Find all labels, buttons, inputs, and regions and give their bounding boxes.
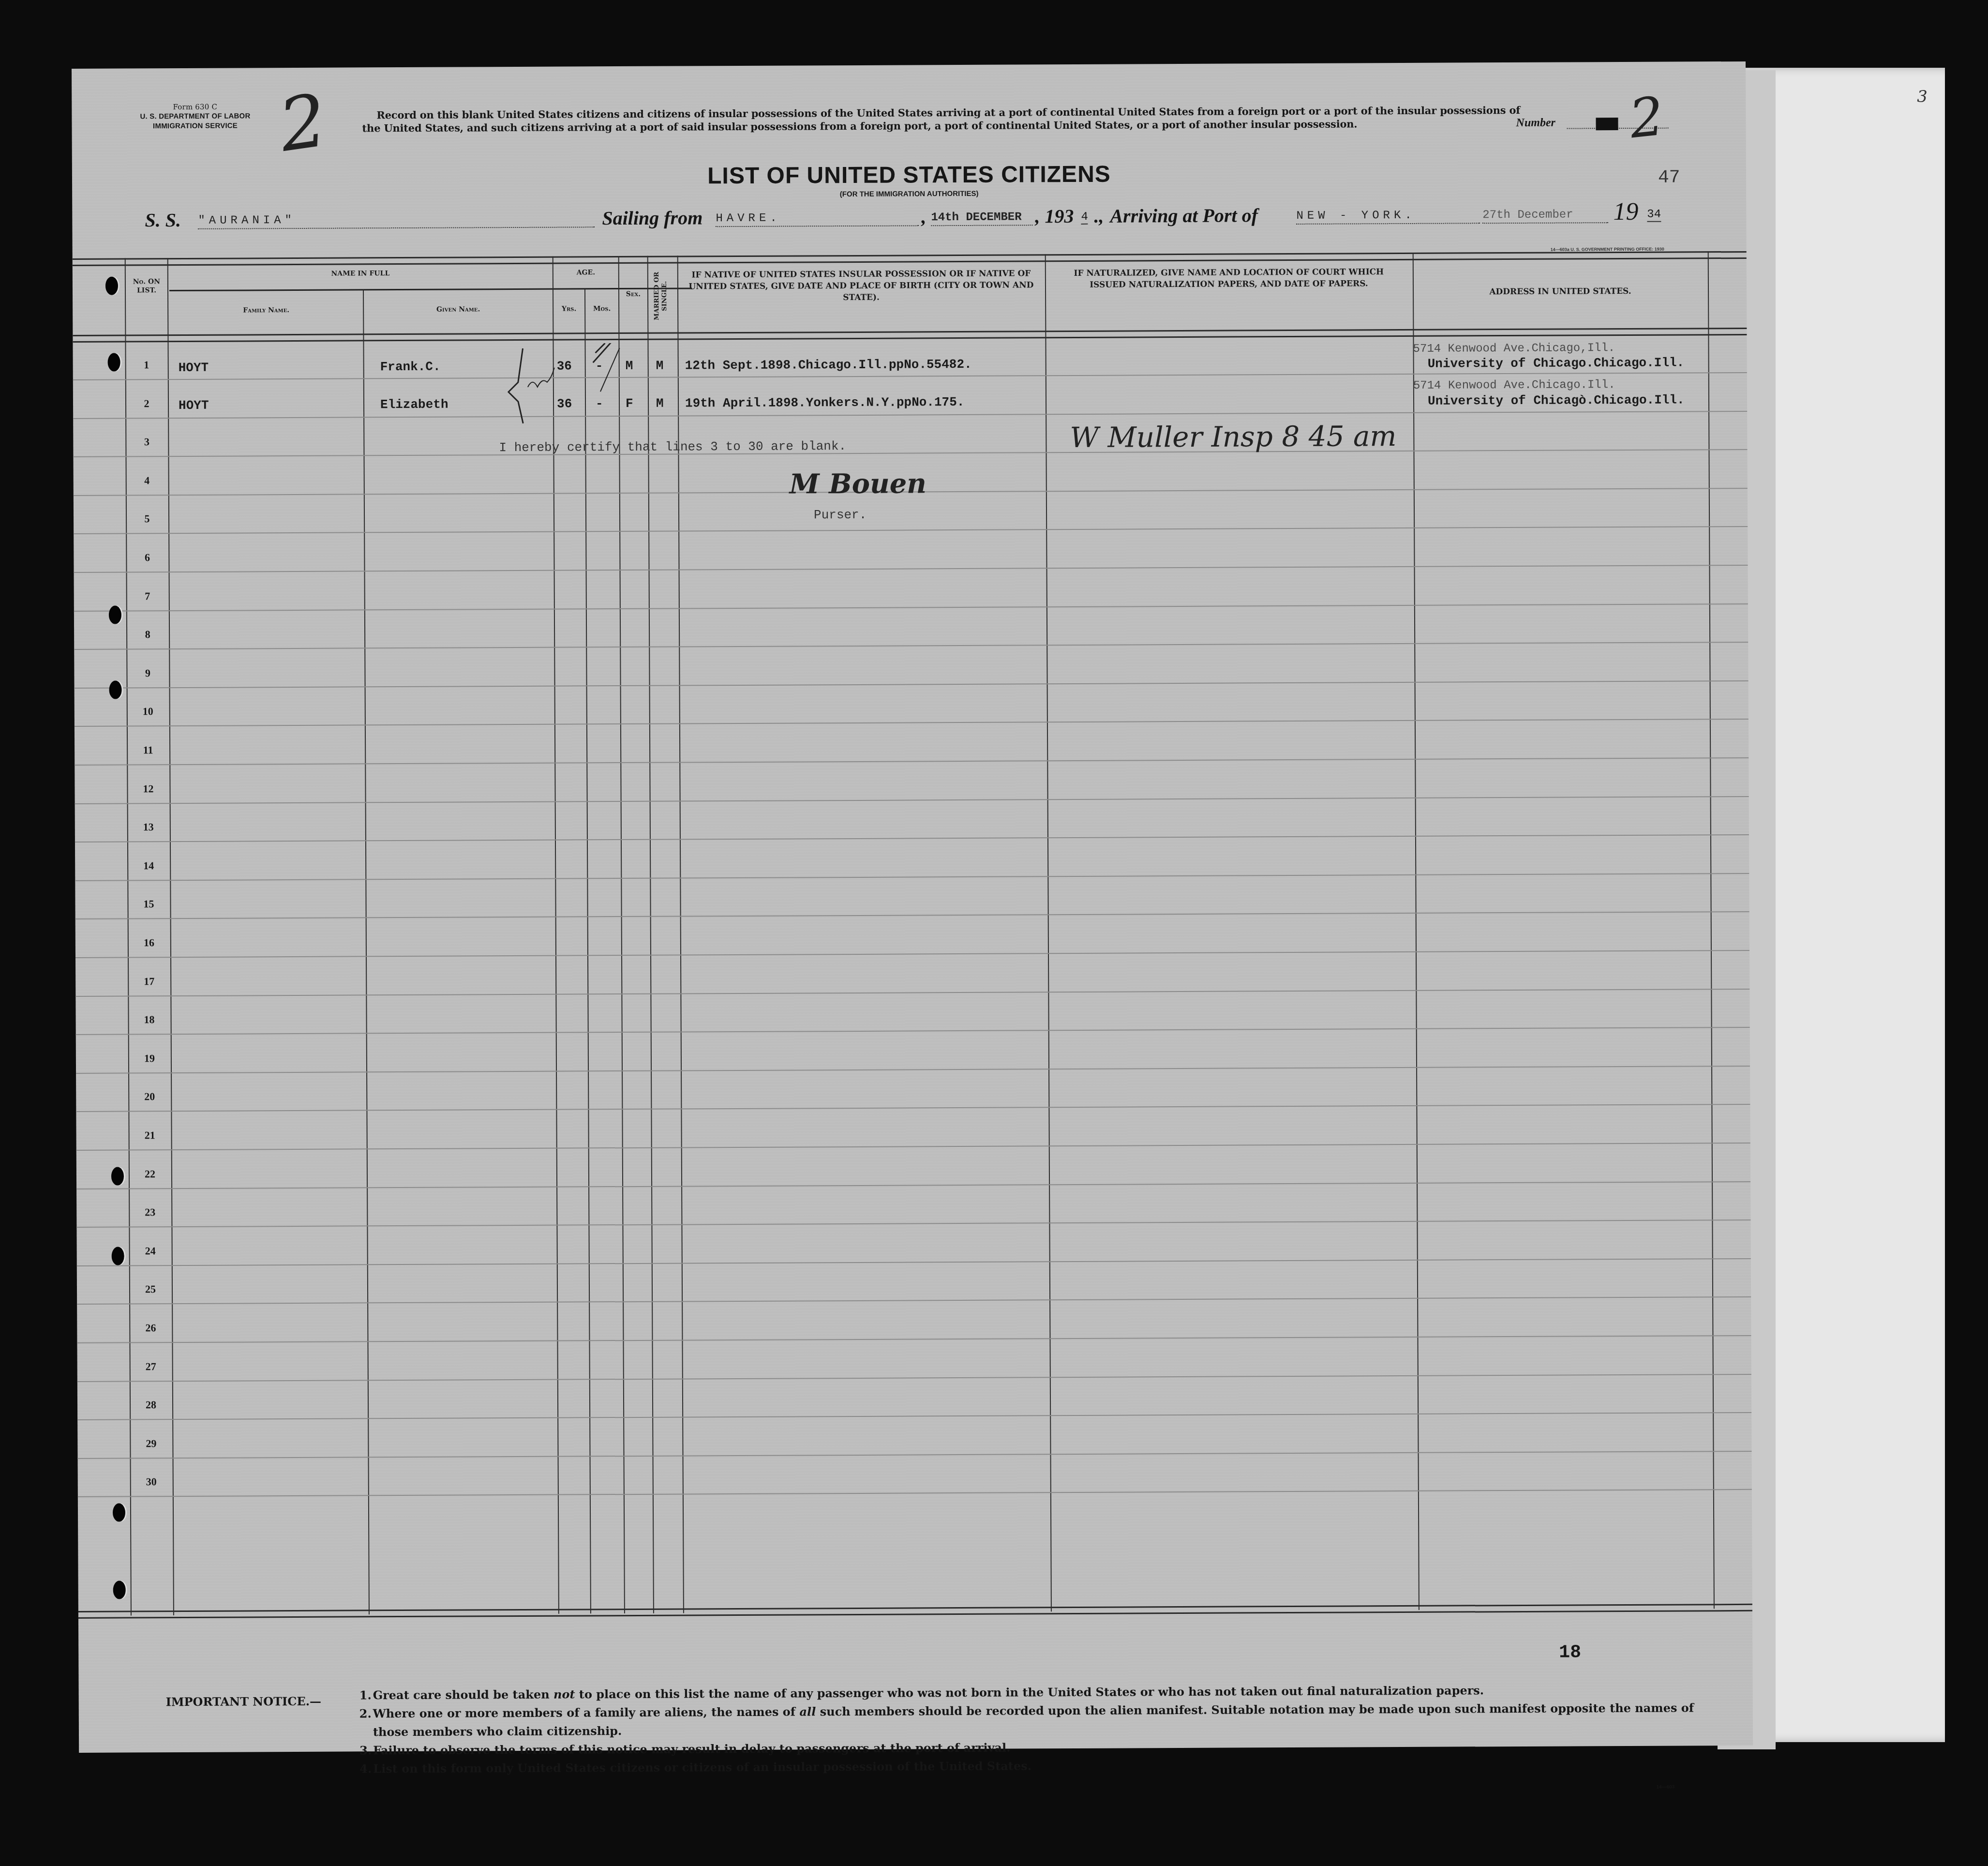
header-address: ADDRESS IN UNITED STATES. [1422, 285, 1698, 298]
row-line [75, 834, 1749, 843]
important-notice: IMPORTANT NOTICE.— 1.Great care should b… [166, 1680, 1714, 1687]
row-number: 1 [127, 359, 166, 371]
header-birth-info: IF NATIVE OF UNITED STATES INSULAR POSSE… [687, 268, 1035, 304]
manifest-table: No. ON LIST. NAME IN FULL Family Name. G… [73, 251, 1752, 1618]
row-number: 19 [130, 1052, 169, 1065]
notice-item: 2.Where one or more members of a family … [359, 1699, 1714, 1741]
row2-birth: 19th April.1898.Yonkers.N.Y.ppNo.175. [685, 395, 964, 411]
row-number: 27 [132, 1360, 170, 1373]
row-number: 10 [129, 706, 167, 718]
row-line [74, 642, 1748, 650]
row-number: 28 [132, 1399, 170, 1411]
form-code: 14—603 [1657, 1785, 1675, 1790]
row-line [75, 796, 1749, 804]
arrival-year-suffix: 34 [1647, 208, 1661, 222]
row-number: 18 [130, 1013, 169, 1026]
form-instructions: Record on this blank United States citiz… [362, 104, 1533, 135]
row2-address-line2: University of Chicagò.Chicago.Ill. [1428, 392, 1685, 408]
inspector-note: W Muller Insp 8 45 am [1070, 420, 1396, 454]
row-line [74, 526, 1748, 534]
row-number: 25 [131, 1283, 170, 1296]
service-name: IMMIGRATION SERVICE [115, 121, 275, 131]
row2-given-name: Elizabeth [380, 397, 448, 412]
port-of-departure: HAVRE. [716, 211, 919, 227]
row-line [76, 1219, 1750, 1228]
blank-lines-certification: I hereby certify that lines 3 to 30 are … [499, 439, 846, 455]
header-age-months: Mos. [585, 304, 618, 313]
col-line [1413, 253, 1420, 1610]
row-number: 22 [131, 1168, 169, 1180]
row1-address-line1: 5714 Kenwood Ave.Chicago,Ill. [1413, 342, 1615, 356]
purser-signature: M Bouen [790, 467, 927, 500]
row-line [77, 1335, 1751, 1343]
punch-hole [113, 1581, 126, 1599]
row-line [77, 1412, 1751, 1420]
row1-birth: 12th Sept.1898.Chicago.Ill.ppNo.55482. [685, 357, 972, 373]
back-sheet-mark: 3 [1917, 87, 1928, 106]
row-number: 9 [128, 667, 167, 679]
voyage-details: S. S. "AURANIA" Sailing from HAVRE. , 14… [145, 202, 1732, 238]
bracket-check-annotation [503, 343, 629, 426]
row-number: 17 [130, 975, 168, 988]
port-of-arrival: NEW - YORK. [1296, 209, 1480, 225]
punch-hole [108, 353, 120, 372]
row2-marital: M [656, 396, 664, 411]
row-line [75, 719, 1749, 727]
row-line [76, 1143, 1750, 1151]
form-number: Form 630 C [115, 102, 275, 112]
row-number: 29 [132, 1437, 170, 1450]
department-name: U. S. DEPARTMENT OF LABOR [115, 111, 275, 121]
ship-name: "AURANIA" [198, 212, 595, 229]
col-line [553, 256, 559, 1614]
row-number: 12 [129, 783, 167, 795]
punch-hole [109, 606, 121, 624]
row-number: 2 [127, 397, 166, 410]
col-line [167, 258, 174, 1615]
row-number: 20 [130, 1091, 169, 1103]
row-line [76, 1066, 1750, 1074]
row-line [75, 757, 1749, 766]
punch-hole [113, 1504, 125, 1522]
row-line [74, 565, 1748, 573]
row-number: 3 [127, 436, 166, 448]
row-number: 16 [130, 936, 168, 949]
col-line [618, 256, 625, 1613]
departure-year-prefix: 193 [1045, 205, 1074, 227]
row2-family-name: HOYT [179, 398, 209, 413]
col-line [584, 289, 591, 1613]
name-age-subrule [169, 287, 692, 291]
header-family-name: Family Name. [169, 305, 363, 315]
row-number: 26 [131, 1322, 170, 1334]
row-line [76, 1181, 1750, 1189]
punch-hole [109, 681, 122, 699]
row-line [77, 1258, 1751, 1266]
row-number: 5 [128, 513, 166, 526]
row-line [75, 873, 1749, 881]
row-line [78, 1489, 1752, 1497]
row-number: 14 [129, 859, 168, 872]
row-number: 30 [132, 1476, 171, 1489]
header-age: AGE. [553, 268, 618, 277]
row-line [77, 1373, 1751, 1382]
header-no-on-list: No. ON LIST. [126, 277, 167, 295]
row1-address-line2: University of Chicago.Chicago.Ill. [1428, 355, 1685, 371]
row-number: 24 [131, 1245, 170, 1257]
col-line [1708, 251, 1715, 1609]
row-number: 6 [128, 551, 166, 564]
col-line [647, 256, 654, 1613]
row-number: 11 [129, 744, 167, 756]
col-line [1045, 254, 1052, 1611]
manifest-page: Form 630 C U. S. DEPARTMENT OF LABOR IMM… [72, 61, 1753, 1753]
row-number: 8 [128, 628, 167, 641]
row-number: 7 [128, 590, 167, 602]
row-number: 23 [131, 1206, 169, 1219]
header-naturalization: IF NATURALIZED, GIVE NAME AND LOCATION O… [1055, 266, 1403, 291]
row-number: 15 [129, 898, 168, 911]
ss-label: S. S. [145, 209, 181, 231]
punch-hole [112, 1247, 124, 1265]
header-married-single: MARRIED OR SINGLE. [653, 265, 673, 328]
header-given-name: Given Name. [364, 305, 553, 315]
handwritten-list-mark: 2 [275, 84, 331, 163]
header-sex: Sex. [619, 290, 647, 299]
redaction-block [1596, 118, 1618, 130]
arriving-label: Arriving at Port of [1110, 204, 1258, 227]
row1-family-name: HOYT [179, 361, 209, 375]
table-top-rule [73, 251, 1747, 266]
punch-hole [111, 1167, 124, 1186]
row-number: 13 [129, 821, 168, 833]
form-identification: Form 630 C U. S. DEPARTMENT OF LABOR IMM… [115, 102, 275, 131]
row1-given-name: Frank.C. [380, 360, 441, 375]
departure-year-suffix: 4 [1081, 211, 1088, 225]
arrival-date: 27th December [1482, 208, 1608, 224]
row-line [78, 1451, 1752, 1459]
row-line [76, 1104, 1750, 1112]
row-line [77, 1296, 1751, 1305]
row-line [75, 680, 1749, 689]
sailing-from-label: Sailing from [602, 206, 703, 229]
row-line [73, 449, 1747, 457]
header-bottom-rule [73, 328, 1747, 343]
row-line [75, 950, 1749, 958]
purser-label: Purser. [814, 508, 867, 522]
header-age-years: Yrs. [553, 304, 584, 313]
row-line [75, 911, 1749, 919]
row-line [73, 410, 1747, 419]
row-line [76, 1027, 1750, 1035]
header-name-in-full: NAME IN FULL [169, 269, 552, 279]
table-bottom-rule [78, 1604, 1752, 1619]
row-line [74, 603, 1748, 611]
row-line [75, 988, 1749, 996]
row2-address-line1: 5714 Kenwood Ave.Chicago.Ill. [1413, 378, 1615, 392]
arrival-year-prefix: 19 [1613, 197, 1638, 226]
number-label: Number [1516, 117, 1555, 130]
row1-marital: M [656, 359, 664, 373]
col-line [363, 290, 370, 1614]
notice-list: 1.Great care should be taken not to plac… [359, 1680, 1715, 1778]
page-number: 18 [1559, 1642, 1581, 1663]
list-number-handwritten: 2 [1627, 89, 1667, 146]
row-number: 21 [131, 1129, 169, 1142]
punch-hole [105, 277, 118, 295]
col-line [677, 256, 684, 1613]
departure-date: 14th DECEMBER [931, 211, 1032, 226]
notice-lead: IMPORTANT NOTICE.— [166, 1692, 321, 1711]
row-number: 4 [128, 474, 166, 487]
